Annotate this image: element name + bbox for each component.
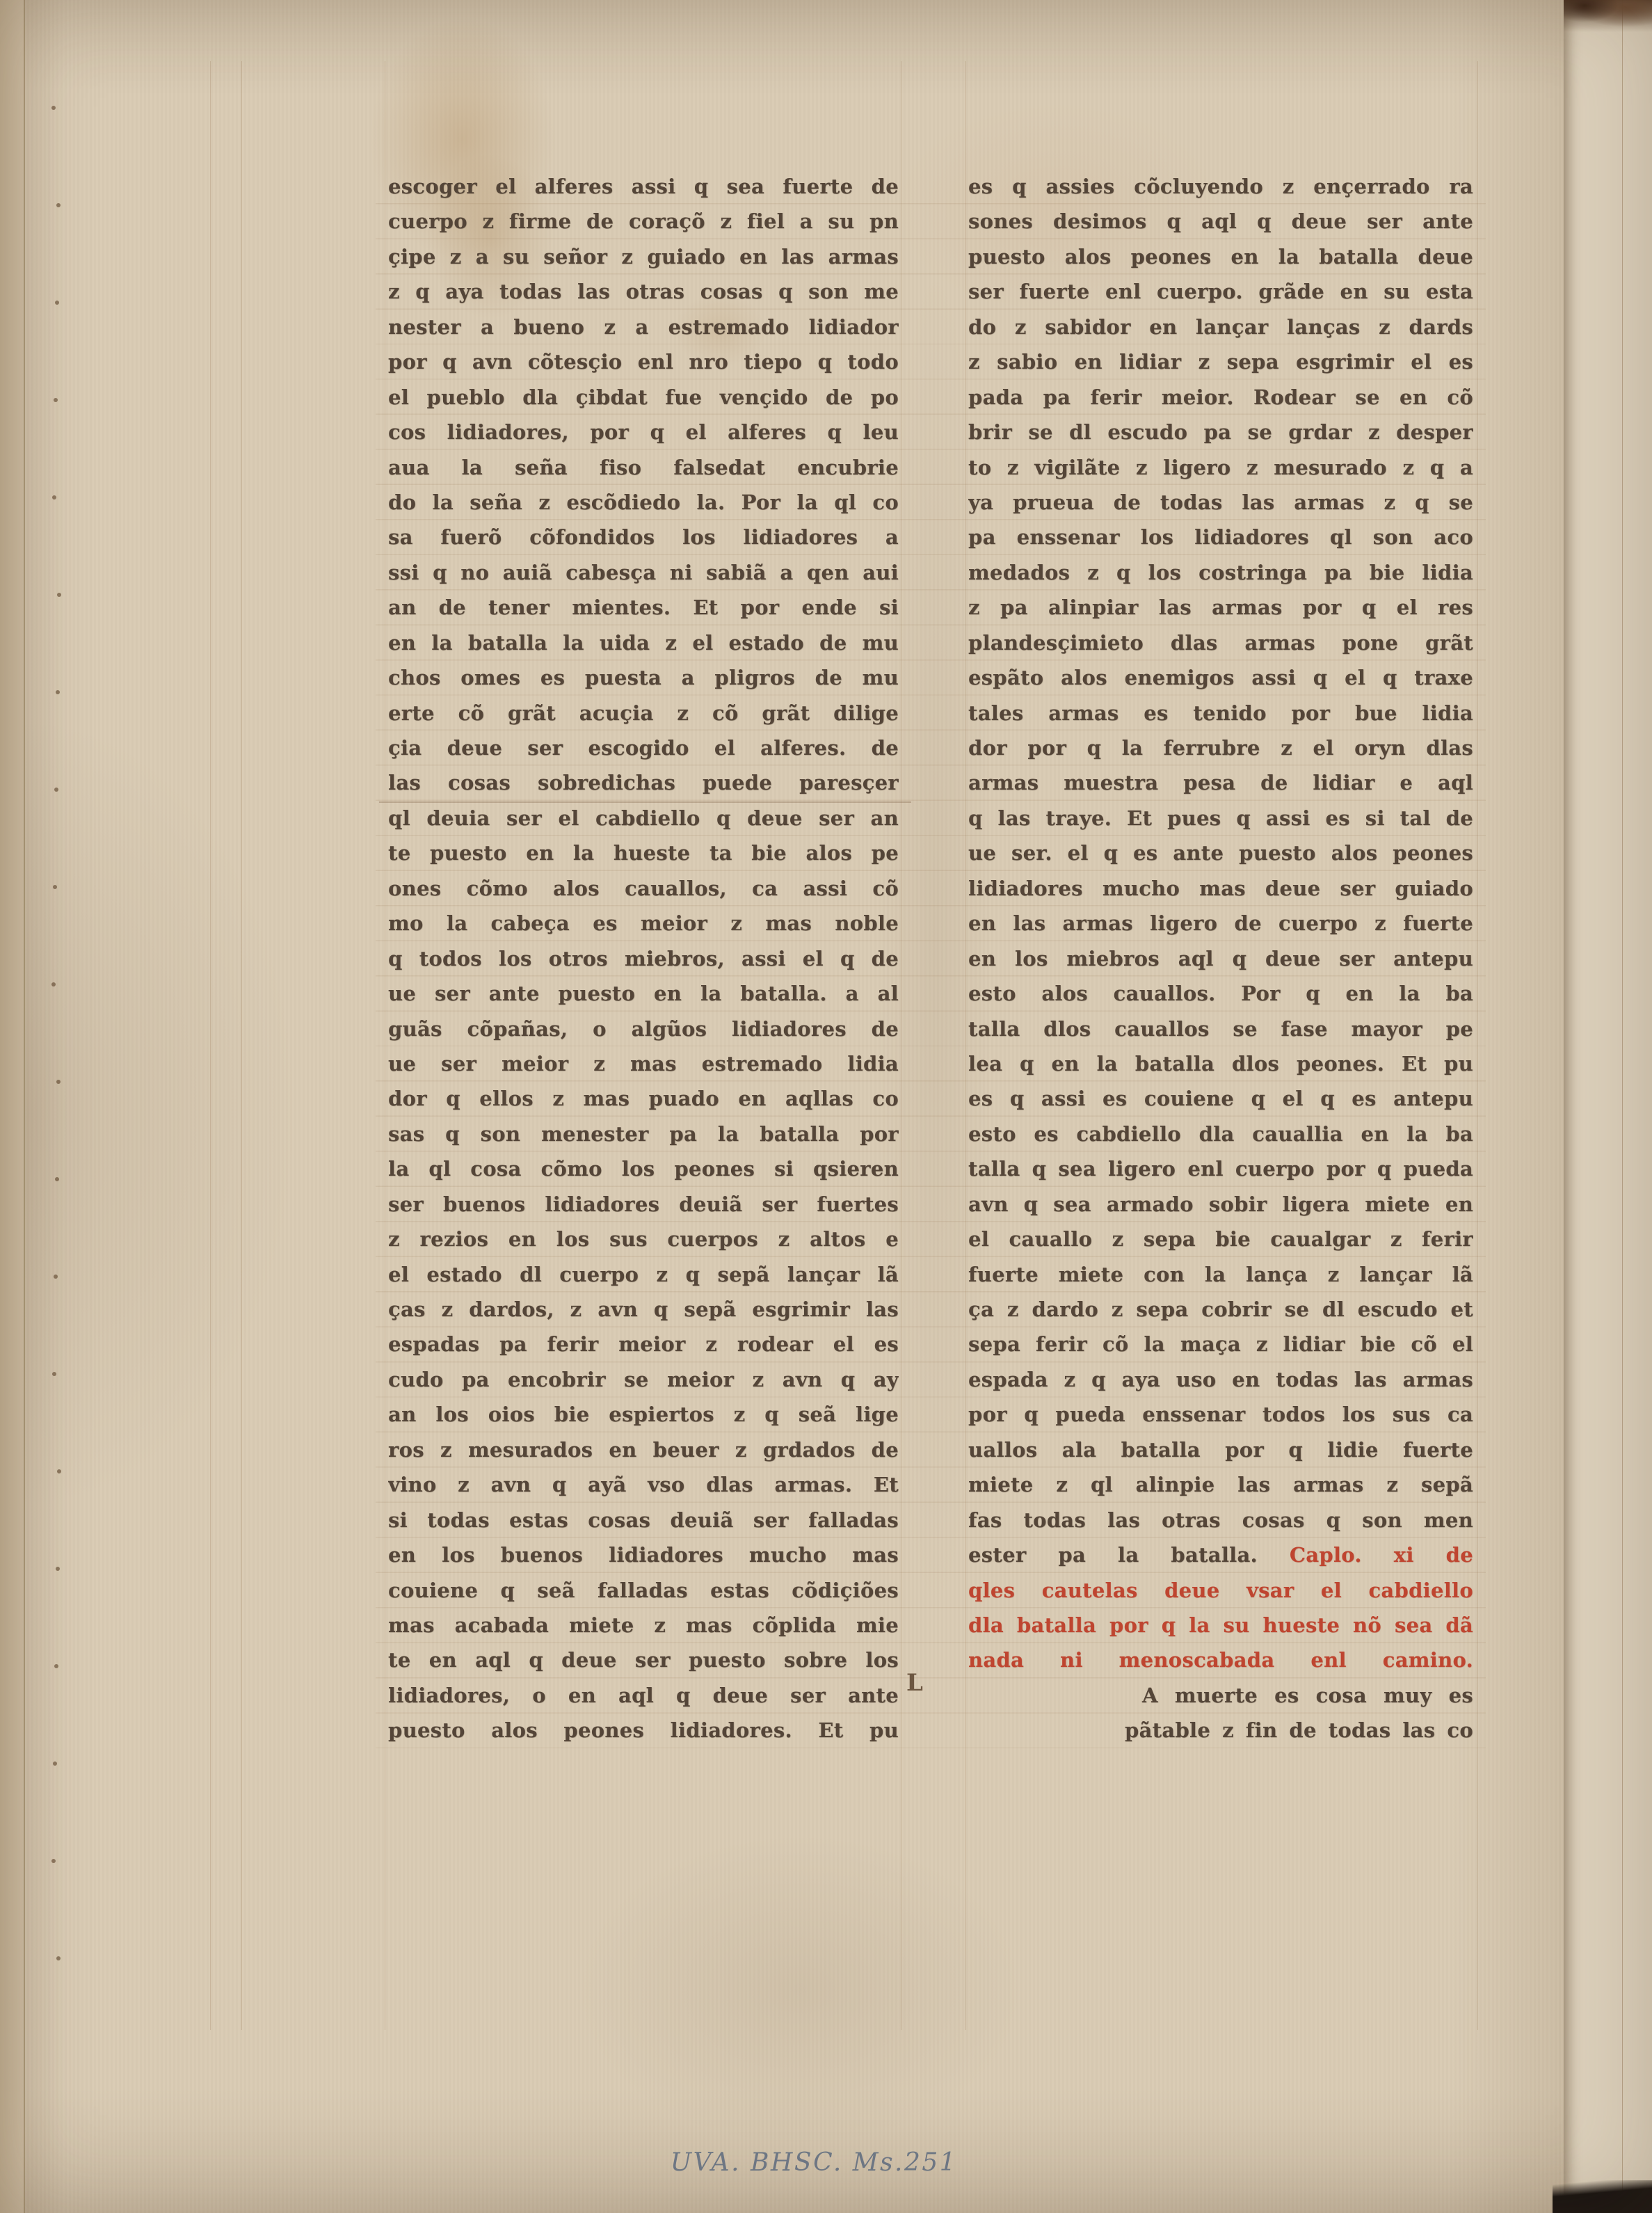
shelfmark-caption: UVA. BHSC. Ms.251 xyxy=(654,2148,974,2177)
pricking-hole xyxy=(54,788,58,792)
manuscript-line: ças z dardos, z avn q sepã esgrimir las xyxy=(388,1292,899,1327)
text-run: espãto alos enemigos assi q el q traxe xyxy=(968,666,1473,689)
text-run: lidiadores, o en aql q deue ser ante xyxy=(388,1684,899,1707)
manuscript-line: guãs cõpañas, o algũos lidiadores de xyxy=(388,1012,899,1046)
pricking-hole xyxy=(55,301,59,305)
text-run: to z vigilãte z ligero z mesurado z q a xyxy=(968,456,1473,479)
text-run: puesto alos peones en la batalla deue xyxy=(968,245,1473,269)
text-run: an los oios bie espiertos z q seã lige xyxy=(388,1403,899,1426)
manuscript-line: z rezios en los sus cuerpos z altos e xyxy=(388,1222,899,1256)
text-column-right: es q assies cõcluyendo z ençerrado ra so… xyxy=(968,169,1473,1748)
text-run: vino z avn q ayã vso dlas armas. Et xyxy=(388,1473,899,1496)
column-rule-line xyxy=(385,61,385,2030)
rubric-text-run: dla batalla por q la su hueste nõ sea dã xyxy=(968,1613,1473,1637)
text-run: nester a bueno z a estremado lidiador xyxy=(388,315,899,339)
text-run: ue ser ante puesto en la batalla. a al xyxy=(388,982,899,1005)
text-run: ssi q no auiã cabesça ni sabiã a qen aui xyxy=(388,561,899,584)
manuscript-line: lidiadores, o en aql q deue ser ante xyxy=(388,1678,899,1713)
text-run: aua la seña fiso falsedat encubrie xyxy=(388,456,899,479)
text-run: armas muestra pesa de lidiar e aql xyxy=(968,771,1473,794)
text-run: miete z ql alinpie las armas z sepã xyxy=(968,1473,1473,1496)
manuscript-line: plandesçimieto dlas armas pone grãt xyxy=(968,625,1473,660)
text-run: sones desimos q aql q deue ser ante xyxy=(968,209,1473,233)
text-run: do z sabidor en lançar lanças z dards xyxy=(968,315,1473,339)
margin-rule-line xyxy=(210,61,211,2030)
text-run: ças z dardos, z avn q sepã esgrimir las xyxy=(388,1297,899,1321)
text-run: ser fuerte enl cuerpo. grãde en su esta xyxy=(968,280,1473,303)
text-run: couiene q seã falladas estas cõdiçiões xyxy=(388,1579,899,1602)
text-run: uallos ala batalla por q lidie fuerte xyxy=(968,1438,1473,1462)
manuscript-line: q las traye. Et pues q assi es si tal de xyxy=(968,801,1473,836)
manuscript-line: espadas pa ferir meior z rodear el es xyxy=(388,1327,899,1361)
manuscript-line: A muerte es cosa muy es xyxy=(968,1678,1473,1713)
text-run: esto es cabdiello dla cauallia en la ba xyxy=(968,1122,1473,1146)
pricking-hole xyxy=(55,1177,59,1181)
manuscript-line: uallos ala batalla por q lidie fuerte xyxy=(968,1432,1473,1467)
manuscript-line: dla batalla por q la su hueste nõ sea dã xyxy=(968,1608,1473,1643)
text-run: si todas estas cosas deuiã ser falladas xyxy=(388,1508,899,1532)
binding-corner-bottom xyxy=(1553,2180,1652,2213)
manuscript-line: ue ser meior z mas estremado lidia xyxy=(388,1046,899,1081)
manuscript-line: si todas estas cosas deuiã ser falladas xyxy=(388,1503,899,1537)
pricking-hole xyxy=(51,106,56,110)
text-run: en la batalla la uida z el estado de mu xyxy=(388,631,899,655)
text-run: lea q en la batalla dlos peones. Et pu xyxy=(968,1052,1473,1076)
manuscript-line: couiene q seã falladas estas cõdiçiões xyxy=(388,1573,899,1608)
text-run: pada pa ferir meior. Rodear se en cõ xyxy=(968,385,1473,409)
text-run: puesto alos peones lidiadores. Et pu xyxy=(388,1718,899,1742)
text-run: sepa ferir cõ la maça z lidiar bie cõ el xyxy=(968,1332,1473,1356)
manuscript-line: fas todas las otras cosas q son men xyxy=(968,1503,1473,1537)
text-run: cos lidiadores, por q el alferes q leu xyxy=(388,420,899,444)
pricking-hole xyxy=(54,1664,58,1668)
manuscript-line: ue ser ante puesto en la batalla. a al xyxy=(388,976,899,1011)
manuscript-line: talla dlos cauallos se fase mayor pe xyxy=(968,1012,1473,1046)
manuscript-line: sones desimos q aql q deue ser ante xyxy=(968,204,1473,239)
manuscript-line: sas q son menester pa la batalla por xyxy=(388,1117,899,1151)
manuscript-line: cos lidiadores, por q el alferes q leu xyxy=(388,415,899,449)
manuscript-line: z sabio en lidiar z sepa esgrimir el es xyxy=(968,344,1473,379)
manuscript-line: cudo pa encobrir se meior z avn q ay xyxy=(388,1362,899,1397)
text-run: an de tener mientes. Et por ende si xyxy=(388,596,899,619)
manuscript-line: pa enssenar los lidiadores ql son aco xyxy=(968,520,1473,554)
text-run: ros z mesurados en beuer z grdados de xyxy=(388,1438,899,1462)
manuscript-line: çia deue ser escogido el alferes. de xyxy=(388,730,899,765)
manuscript-line: en los miebros aql q deue ser antepu xyxy=(968,941,1473,976)
text-run: cudo pa encobrir se meior z avn q ay xyxy=(388,1368,899,1391)
manuscript-line: espada z q aya uso en todas las armas xyxy=(968,1362,1473,1397)
manuscript-line: avn q sea armado sobir ligera miete en xyxy=(968,1187,1473,1222)
manuscript-line: esto es cabdiello dla cauallia en la ba xyxy=(968,1117,1473,1151)
manuscript-line: brir se dl escudo pa se grdar z desper xyxy=(968,415,1473,449)
manuscript-line: do z sabidor en lançar lanças z dards xyxy=(968,310,1473,344)
rubric-text-run: nada ni menoscabada enl camino. xyxy=(968,1648,1473,1672)
text-run: pãtable z fin de todas las co xyxy=(1125,1718,1473,1742)
text-run: por q avn cõtesçio enl nro tiepo q todo xyxy=(388,350,899,374)
pricking-hole xyxy=(54,1275,58,1279)
manuscript-line: es q assies cõcluyendo z ençerrado ra xyxy=(968,169,1473,204)
manuscript-line: an de tener mientes. Et por ende si xyxy=(388,590,899,625)
manuscript-photo: escoger el alferes assi q sea fuerte de … xyxy=(0,0,1652,2213)
text-run: z pa alinpiar las armas por q el res xyxy=(968,596,1473,619)
pricking-hole xyxy=(54,398,58,402)
manuscript-line: ser buenos lidiadores deuiã ser fuertes xyxy=(388,1187,899,1222)
pricking-hole xyxy=(57,1469,61,1473)
manuscript-line: cuerpo z firme de coraçõ z fiel a su pn xyxy=(388,204,899,239)
manuscript-line: talla q sea ligero enl cuerpo por q pued… xyxy=(968,1151,1473,1186)
manuscript-line: el cauallo z sepa bie caualgar z ferir xyxy=(968,1222,1473,1256)
text-run: guãs cõpañas, o algũos lidiadores de xyxy=(388,1017,899,1041)
text-run: dor q ellos z mas puado en aqllas co xyxy=(388,1087,899,1110)
manuscript-line: en los buenos lidiadores mucho mas xyxy=(388,1537,899,1572)
text-run: çia deue ser escogido el alferes. de xyxy=(388,736,899,760)
manuscript-line: espãto alos enemigos assi q el q traxe xyxy=(968,660,1473,695)
manuscript-line: puesto alos peones en la batalla deue xyxy=(968,239,1473,274)
manuscript-line: pãtable z fin de todas las co xyxy=(968,1713,1473,1748)
pricking-hole xyxy=(56,1956,61,1960)
manuscript-line: qles cautelas deue vsar el cabdiello xyxy=(968,1573,1473,1608)
text-run: z q aya todas las otras cosas q son me xyxy=(388,280,899,303)
pricking-hole xyxy=(51,982,56,986)
pricking-hole xyxy=(56,690,60,694)
manuscript-line: ça z dardo z sepa cobrir se dl escudo et xyxy=(968,1292,1473,1327)
manuscript-line: an los oios bie espiertos z q seã lige xyxy=(388,1397,899,1432)
manuscript-line: ones cõmo alos cauallos, ca assi cõ xyxy=(388,871,899,906)
manuscript-line: ser fuerte enl cuerpo. grãde en su esta xyxy=(968,274,1473,309)
text-run: erte cõ grãt acuçia z cõ grãt dilige xyxy=(388,701,899,725)
text-run: espadas pa ferir meior z rodear el es xyxy=(388,1332,899,1356)
text-run: sas q son menester pa la batalla por xyxy=(388,1122,899,1146)
text-run: el cauallo z sepa bie caualgar z ferir xyxy=(968,1227,1473,1251)
column-rule-line xyxy=(1477,61,1478,2030)
pricking-hole xyxy=(52,495,56,500)
manuscript-line: mas acabada miete z mas cõplida mie xyxy=(388,1608,899,1643)
manuscript-line: en las armas ligero de cuerpo z fuerte xyxy=(968,906,1473,941)
text-run: espada z q aya uso en todas las armas xyxy=(968,1368,1473,1391)
text-run: avn q sea armado sobir ligera miete en xyxy=(968,1192,1473,1216)
manuscript-line: el estado dl cuerpo z q sepã lançar lã xyxy=(388,1257,899,1292)
text-run: esto alos cauallos. Por q en la ba xyxy=(968,982,1473,1005)
text-run: el estado dl cuerpo z q sepã lançar lã xyxy=(388,1263,899,1286)
margin-rule-line xyxy=(241,61,242,2030)
text-run: z rezios en los sus cuerpos z altos e xyxy=(388,1227,899,1251)
text-run: lidiadores mucho mas deue ser guiado xyxy=(968,877,1473,900)
rubricator-guide-letter: L xyxy=(906,1665,923,1700)
manuscript-line: las cosas sobredichas puede paresçer xyxy=(388,765,899,800)
manuscript-line: q todos los otros miebros, assi el q de xyxy=(388,941,899,976)
manuscript-line: ue ser. el q es ante puesto alos peones xyxy=(968,836,1473,870)
text-run: çipe z a su señor z guiado en las armas xyxy=(388,245,899,269)
manuscript-line: z q aya todas las otras cosas q son me xyxy=(388,274,899,309)
text-run: escoger el alferes assi q sea fuerte de xyxy=(388,175,899,198)
manuscript-line: es q assi es couiene q el q es antepu xyxy=(968,1081,1473,1116)
text-run: el pueblo dla çibdat fue vençido de po xyxy=(388,385,899,409)
text-run: en las armas ligero de cuerpo z fuerte xyxy=(968,911,1473,935)
pricking-hole xyxy=(56,203,61,207)
manuscript-line: armas muestra pesa de lidiar e aql xyxy=(968,765,1473,800)
text-run: dor por q la ferrubre z el oryn dlas xyxy=(968,736,1473,760)
manuscript-line: do la seña z escõdiedo la. Por la ql co xyxy=(388,485,899,520)
pricking-hole xyxy=(52,1372,56,1376)
manuscript-line: te puesto en la hueste ta bie alos pe xyxy=(388,836,899,870)
manuscript-line: sa fuerõ cõfondidos los lidiadores a xyxy=(388,520,899,554)
text-run: ql deuia ser el cabdiello q deue ser an xyxy=(388,806,899,830)
text-run: fuerte miete con la lança z lançar lã xyxy=(968,1263,1473,1286)
text-run: do la seña z escõdiedo la. Por la ql co xyxy=(388,490,899,514)
pricking-hole xyxy=(51,1859,56,1863)
manuscript-line: pada pa ferir meior. Rodear se en cõ xyxy=(968,380,1473,415)
text-run: ser buenos lidiadores deuiã ser fuertes xyxy=(388,1192,899,1216)
manuscript-line: lea q en la batalla dlos peones. Et pu xyxy=(968,1046,1473,1081)
rubric-text-run: Caplo. xi de xyxy=(1290,1543,1473,1567)
text-run: talla q sea ligero enl cuerpo por q pued… xyxy=(968,1157,1473,1181)
manuscript-line: el pueblo dla çibdat fue vençido de po xyxy=(388,380,899,415)
text-run: ça z dardo z sepa cobrir se dl escudo et xyxy=(968,1297,1473,1321)
manuscript-line: sepa ferir cõ la maça z lidiar bie cõ el xyxy=(968,1327,1473,1361)
text-run: A muerte es cosa muy es xyxy=(1142,1684,1473,1707)
pricking-hole xyxy=(56,1080,61,1084)
text-run: q todos los otros miebros, assi el q de xyxy=(388,947,899,970)
manuscript-line: la ql cosa cõmo los peones si qsieren xyxy=(388,1151,899,1186)
text-run: q las traye. Et pues q assi es si tal de xyxy=(968,806,1473,830)
text-run: pa enssenar los lidiadores ql son aco xyxy=(968,525,1473,549)
manuscript-line: ssi q no auiã cabesça ni sabiã a qen aui xyxy=(388,555,899,590)
manuscript-line: escoger el alferes assi q sea fuerte de xyxy=(388,169,899,204)
page-left-edge xyxy=(0,0,25,2213)
text-run: ya prueua de todas las armas z q se xyxy=(968,490,1473,514)
pricking-hole xyxy=(57,593,61,597)
manuscript-line: ql deuia ser el cabdiello q deue ser an xyxy=(388,801,899,836)
text-run: fas todas las otras cosas q son men xyxy=(968,1508,1473,1532)
binding-corner-top xyxy=(1564,0,1652,32)
column-rule-line xyxy=(901,61,901,2030)
manuscript-line: por q avn cõtesçio enl nro tiepo q todo xyxy=(388,344,899,379)
manuscript-line: ya prueua de todas las armas z q se xyxy=(968,485,1473,520)
text-run: ester pa la batalla. xyxy=(968,1543,1258,1567)
text-run: por q pueda enssenar todos los sus ca xyxy=(968,1403,1473,1426)
manuscript-line: puesto alos peones lidiadores. Et pu xyxy=(388,1713,899,1748)
text-run: brir se dl escudo pa se grdar z desper xyxy=(968,420,1473,444)
text-run: ue ser meior z mas estremado lidia xyxy=(388,1052,899,1076)
manuscript-line: fuerte miete con la lança z lançar lã xyxy=(968,1257,1473,1292)
text-run: plandesçimieto dlas armas pone grãt xyxy=(968,631,1473,655)
column-rule-line xyxy=(965,61,966,2030)
manuscript-line: çipe z a su señor z guiado en las armas xyxy=(388,239,899,274)
manuscript-line: por q pueda enssenar todos los sus ca xyxy=(968,1397,1473,1432)
text-run: chos omes es puesta a pligros de mu xyxy=(388,666,899,689)
rubric-text-run: qles cautelas deue vsar el cabdiello xyxy=(968,1579,1473,1602)
manuscript-line: dor por q la ferrubre z el oryn dlas xyxy=(968,730,1473,765)
text-run: las cosas sobredichas puede paresçer xyxy=(388,771,899,794)
text-run: es q assies cõcluyendo z ençerrado ra xyxy=(968,175,1473,198)
text-run: es q assi es couiene q el q es antepu xyxy=(968,1087,1473,1110)
next-leaf-edge xyxy=(1564,0,1652,2213)
pricking-hole xyxy=(53,1761,57,1766)
manuscript-line: en la batalla la uida z el estado de mu xyxy=(388,625,899,660)
pricking-hole xyxy=(56,1567,60,1571)
manuscript-line: tales armas es tenido por bue lidia xyxy=(968,696,1473,730)
manuscript-line: medados z q los costringa pa bie lidia xyxy=(968,555,1473,590)
manuscript-line: erte cõ grãt acuçia z cõ grãt dilige xyxy=(388,696,899,730)
text-run: sa fuerõ cõfondidos los lidiadores a xyxy=(388,525,899,549)
manuscript-line: ester pa la batalla. Caplo. xi de xyxy=(968,1537,1473,1572)
text-column-left: escoger el alferes assi q sea fuerte de … xyxy=(388,169,899,1748)
text-run: te en aql q deue ser puesto sobre los xyxy=(388,1648,899,1672)
manuscript-line: chos omes es puesta a pligros de mu xyxy=(388,660,899,695)
text-run: tales armas es tenido por bue lidia xyxy=(968,701,1473,725)
pricking-hole xyxy=(53,885,57,889)
text-run: ones cõmo alos cauallos, ca assi cõ xyxy=(388,877,899,900)
text-run: mo la cabeça es meior z mas noble xyxy=(388,911,899,935)
text-run: la ql cosa cõmo los peones si qsieren xyxy=(388,1157,899,1181)
text-run: z sabio en lidiar z sepa esgrimir el es xyxy=(968,350,1473,374)
manuscript-line: te en aql q deue ser puesto sobre los xyxy=(388,1643,899,1677)
text-run: en los miebros aql q deue ser antepu xyxy=(968,947,1473,970)
manuscript-line: z pa alinpiar las armas por q el res xyxy=(968,590,1473,625)
manuscript-line: aua la seña fiso falsedat encubrie xyxy=(388,450,899,485)
text-run: talla dlos cauallos se fase mayor pe xyxy=(968,1017,1473,1041)
text-run: ue ser. el q es ante puesto alos peones xyxy=(968,841,1473,865)
manuscript-line: ros z mesurados en beuer z grdados de xyxy=(388,1432,899,1467)
manuscript-line: lidiadores mucho mas deue ser guiado xyxy=(968,871,1473,906)
text-run: medados z q los costringa pa bie lidia xyxy=(968,561,1473,584)
text-run: cuerpo z firme de coraçõ z fiel a su pn xyxy=(388,209,899,233)
manuscript-line: nada ni menoscabada enl camino. xyxy=(968,1643,1473,1677)
text-run: te puesto en la hueste ta bie alos pe xyxy=(388,841,899,865)
text-run: mas acabada miete z mas cõplida mie xyxy=(388,1613,899,1637)
manuscript-line: nester a bueno z a estremado lidiador xyxy=(388,310,899,344)
manuscript-line: vino z avn q ayã vso dlas armas. Et xyxy=(388,1467,899,1502)
text-run: en los buenos lidiadores mucho mas xyxy=(388,1543,899,1567)
manuscript-line: mo la cabeça es meior z mas noble xyxy=(388,906,899,941)
manuscript-line: to z vigilãte z ligero z mesurado z q a xyxy=(968,450,1473,485)
manuscript-line: dor q ellos z mas puado en aqllas co xyxy=(388,1081,899,1116)
leaf-crease-line xyxy=(1622,0,1623,2213)
manuscript-line: esto alos cauallos. Por q en la ba xyxy=(968,976,1473,1011)
manuscript-line: miete z ql alinpie las armas z sepã xyxy=(968,1467,1473,1502)
